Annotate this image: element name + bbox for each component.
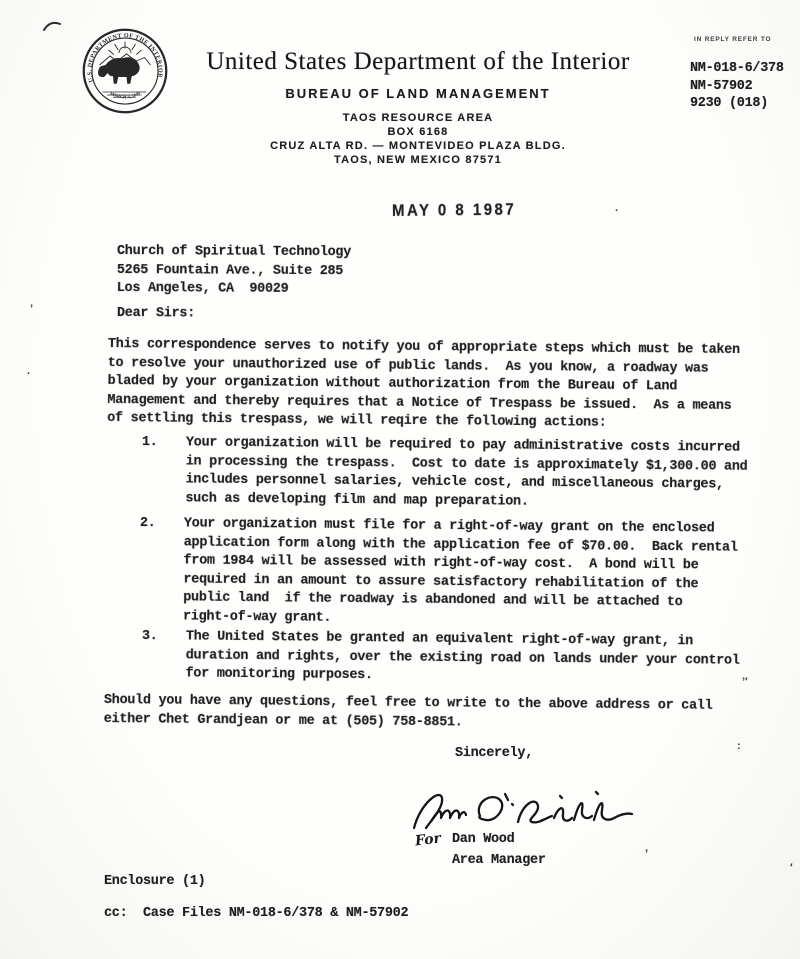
enclosure-note: Enclosure (1) <box>104 873 205 892</box>
letterhead: United States Department of the Interior… <box>188 48 648 166</box>
list-item-3: 3. The United States be granted an equiv… <box>141 628 796 690</box>
sign-off: Sincerely, <box>455 745 533 764</box>
signer-title: Area Manager <box>452 852 546 871</box>
list-item-2: 2. Your organization must file for a rig… <box>139 515 794 632</box>
scan-artifact-speck: · <box>615 205 619 217</box>
item-2-text: Your organization must file for a right-… <box>183 515 794 632</box>
scan-artifact-curl <box>42 18 66 34</box>
handwritten-signature <box>406 780 638 838</box>
scanned-letter-page: U.S. DEPARTMENT OF THE INTERIOR MARCH 3,… <box>0 0 800 959</box>
scan-artifact-speck: ’ <box>30 303 33 315</box>
item-1-text: Your organization will be required to pa… <box>185 434 796 514</box>
item-3-number: 3. <box>141 628 186 684</box>
reference-numbers: NM-018-6/378 NM-57902 9230 (018) <box>690 60 784 113</box>
salutation: Dear Sirs: <box>117 305 195 324</box>
seal-sun-rays <box>109 42 142 55</box>
item-2-number: 2. <box>139 515 184 626</box>
item-3-text: The United States be granted an equivale… <box>185 628 796 689</box>
city-line: TAOS, NEW MEXICO 87571 <box>188 154 648 166</box>
date-stamp: MAY 0 8 1987 <box>392 201 516 221</box>
bureau-line: BUREAU OF LAND MANAGEMENT <box>188 86 648 101</box>
scan-artifact-speck: , <box>645 842 648 854</box>
list-item-1: 1. Your organization will be required to… <box>141 434 796 514</box>
department-title: United States Department of the Interior <box>188 48 648 76</box>
street-line: CRUZ ALTA RD. — MONTEVIDEO PLAZA BLDG. <box>188 140 648 152</box>
department-of-interior-seal-icon: U.S. DEPARTMENT OF THE INTERIOR MARCH 3,… <box>80 26 170 116</box>
scan-artifact-speck: · <box>27 368 31 380</box>
signed-for-note: For <box>415 831 441 849</box>
cc-note: cc: Case Files NM-018-6/378 & NM-57902 <box>104 905 408 924</box>
scan-artifact-speck: ′ <box>790 862 793 874</box>
box-line: BOX 6168 <box>188 126 648 138</box>
recipient-address: Church of Spiritual Technology 5265 Foun… <box>117 243 351 300</box>
item-1-number: 1. <box>141 434 186 508</box>
scan-artifact-speck: ’′ <box>742 676 748 688</box>
scan-artifact-speck: : <box>737 740 741 752</box>
office-line: TAOS RESOURCE AREA <box>188 112 648 124</box>
closing-paragraph: Should you have any questions, feel free… <box>104 692 784 736</box>
signer-name: Dan Wood <box>452 831 514 850</box>
reply-refer-label: IN REPLY REFER TO <box>694 36 771 43</box>
opening-paragraph: This correspondence serves to notify you… <box>107 336 788 435</box>
